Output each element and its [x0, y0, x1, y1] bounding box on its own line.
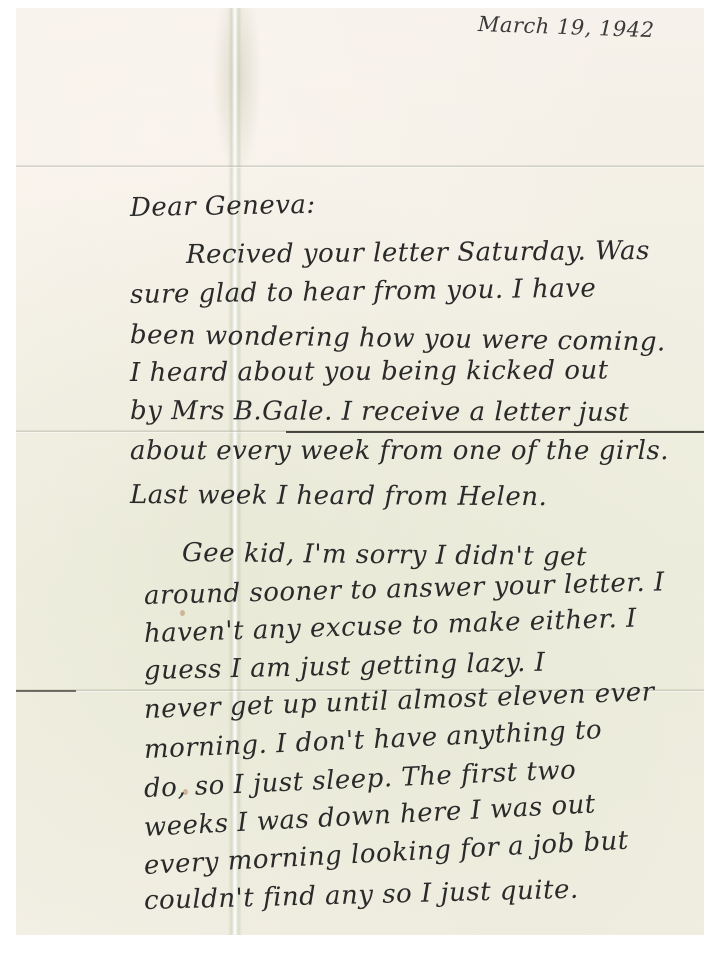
letter-line: guess I am just getting lazy. I — [144, 648, 546, 686]
crease-shadow — [212, 8, 262, 178]
letter-line: Recived your letter Saturday. Was — [186, 236, 650, 270]
letter-date: March 19, 1942 — [478, 12, 655, 42]
letter-line: Last week I heard from Helen. — [130, 480, 547, 512]
dark-crease-line-lower — [16, 690, 76, 692]
letter-salutation: Dear Geneva: — [130, 190, 316, 223]
stain-spot — [180, 610, 185, 616]
letter-line: I heard about you being kicked out — [130, 355, 609, 388]
letter-line: about every week from one of the girls. — [130, 436, 669, 466]
letter-paper: March 19, 1942 Dear Geneva: Recived your… — [16, 8, 704, 935]
dark-crease-line-middle — [286, 431, 704, 433]
letter-line strike: by Mrs B.Gale. I receive a letter just — [130, 396, 629, 428]
letter-line: couldn't find any so I just quite. — [144, 875, 579, 916]
letter-line: sure glad to hear from you. I have — [130, 273, 597, 310]
horizontal-fold-line-middle — [16, 430, 704, 433]
horizontal-fold-line-top — [16, 165, 704, 168]
letter-line: been wondering how you were coming. — [130, 320, 666, 357]
letter-line: Gee kid, I'm sorry I didn't get — [182, 538, 587, 572]
letter-line: haven't any excuse to make either. I — [144, 604, 638, 649]
